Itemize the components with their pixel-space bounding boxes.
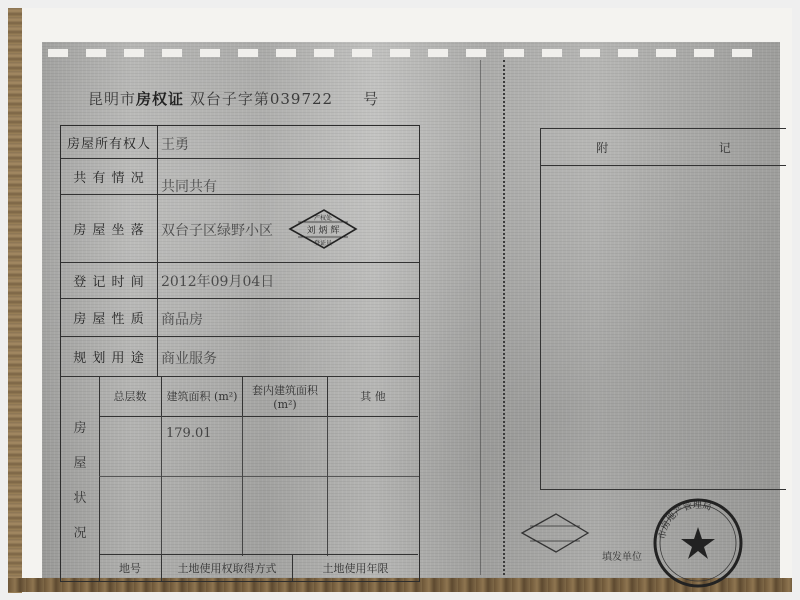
district-code: 双台子字第: [190, 90, 270, 108]
field-value: 共同共有: [161, 176, 217, 196]
field-row-planned-use: 规 划 用 途 商业服务: [61, 336, 419, 377]
svg-text:产权处: 产权处: [314, 214, 332, 222]
perforation-strip: [48, 49, 768, 57]
header-floor-area: 建筑面积 (m²): [162, 376, 243, 417]
field-value: 王勇: [161, 134, 189, 154]
certificate-number: 039722: [270, 90, 333, 108]
header-total-floors: 总层数: [99, 376, 162, 417]
fold-dotted-line: [503, 60, 507, 575]
footer-lot-number: 地号: [99, 554, 162, 581]
field-label: 房 屋 性 质: [61, 298, 158, 336]
field-label: 规 划 用 途: [61, 336, 158, 376]
field-value: 商业服务: [161, 348, 217, 368]
issuer-caption: 填发单位: [602, 548, 642, 563]
official-seal: 市房地产管理局: [652, 497, 744, 589]
field-value: 商品房: [161, 309, 203, 329]
seal-star-icon: 市房地产管理局: [652, 497, 744, 589]
field-row-property-type: 房 屋 性 质 商品房: [61, 298, 419, 337]
diamond-stamp-icon: 产权处 刘 炳 辉 登证员: [288, 208, 358, 250]
header-inner-area: 套内建筑面积 (m²): [243, 376, 328, 417]
property-status-label: 房 屋 状 况: [61, 376, 100, 581]
certificate-title: 昆明市房权证 双台子字第039722号: [88, 88, 379, 109]
number-suffix: 号: [363, 90, 379, 108]
footer-land-term: 土地使用年限: [293, 554, 418, 581]
footer-land-acquisition: 土地使用权取得方式: [162, 554, 293, 581]
field-value: 2012年09月04日: [161, 271, 274, 291]
svg-text:市房地产管理局: 市房地产管理局: [656, 499, 713, 540]
property-info-table: 房屋所有权人 王勇 共 有 情 况 共同共有 房 屋 坐 落 双台子区绿野小区 …: [60, 125, 420, 582]
field-label: 登 记 时 间: [61, 262, 158, 298]
attachment-heading: 附 记: [541, 129, 786, 166]
field-value: 双台子区绿野小区: [161, 220, 273, 240]
city-name: 昆明市: [88, 90, 136, 108]
header-other: 其 他: [328, 376, 418, 417]
field-row-location: 房 屋 坐 落 双台子区绿野小区: [61, 194, 419, 263]
property-status-section: 房 屋 状 况 总层数 建筑面积 (m²) 套内建筑面积 (m²) 其 他 17…: [61, 376, 419, 581]
desk-edge-left: [8, 8, 22, 593]
svg-text:刘 炳 辉: 刘 炳 辉: [307, 224, 340, 236]
diamond-stamp-icon: [520, 512, 590, 554]
fold-line: [480, 60, 481, 575]
field-label: 房屋所有权人: [61, 126, 158, 158]
certificate-type: 房权证: [136, 90, 184, 108]
svg-text:登证员: 登证员: [314, 239, 333, 247]
registrar-stamp: 产权处 刘 炳 辉 登证员: [288, 208, 358, 250]
attachment-box: 附 记: [540, 128, 786, 490]
field-row-owner: 房屋所有权人 王勇: [61, 126, 419, 159]
field-row-coownership: 共 有 情 况 共同共有: [61, 158, 419, 195]
field-label: 房 屋 坐 落: [61, 194, 158, 262]
field-row-reg-date: 登 记 时 间 2012年09月04日: [61, 262, 419, 299]
registrar-stamp-small: [520, 512, 590, 554]
field-label: 共 有 情 况: [61, 158, 158, 194]
